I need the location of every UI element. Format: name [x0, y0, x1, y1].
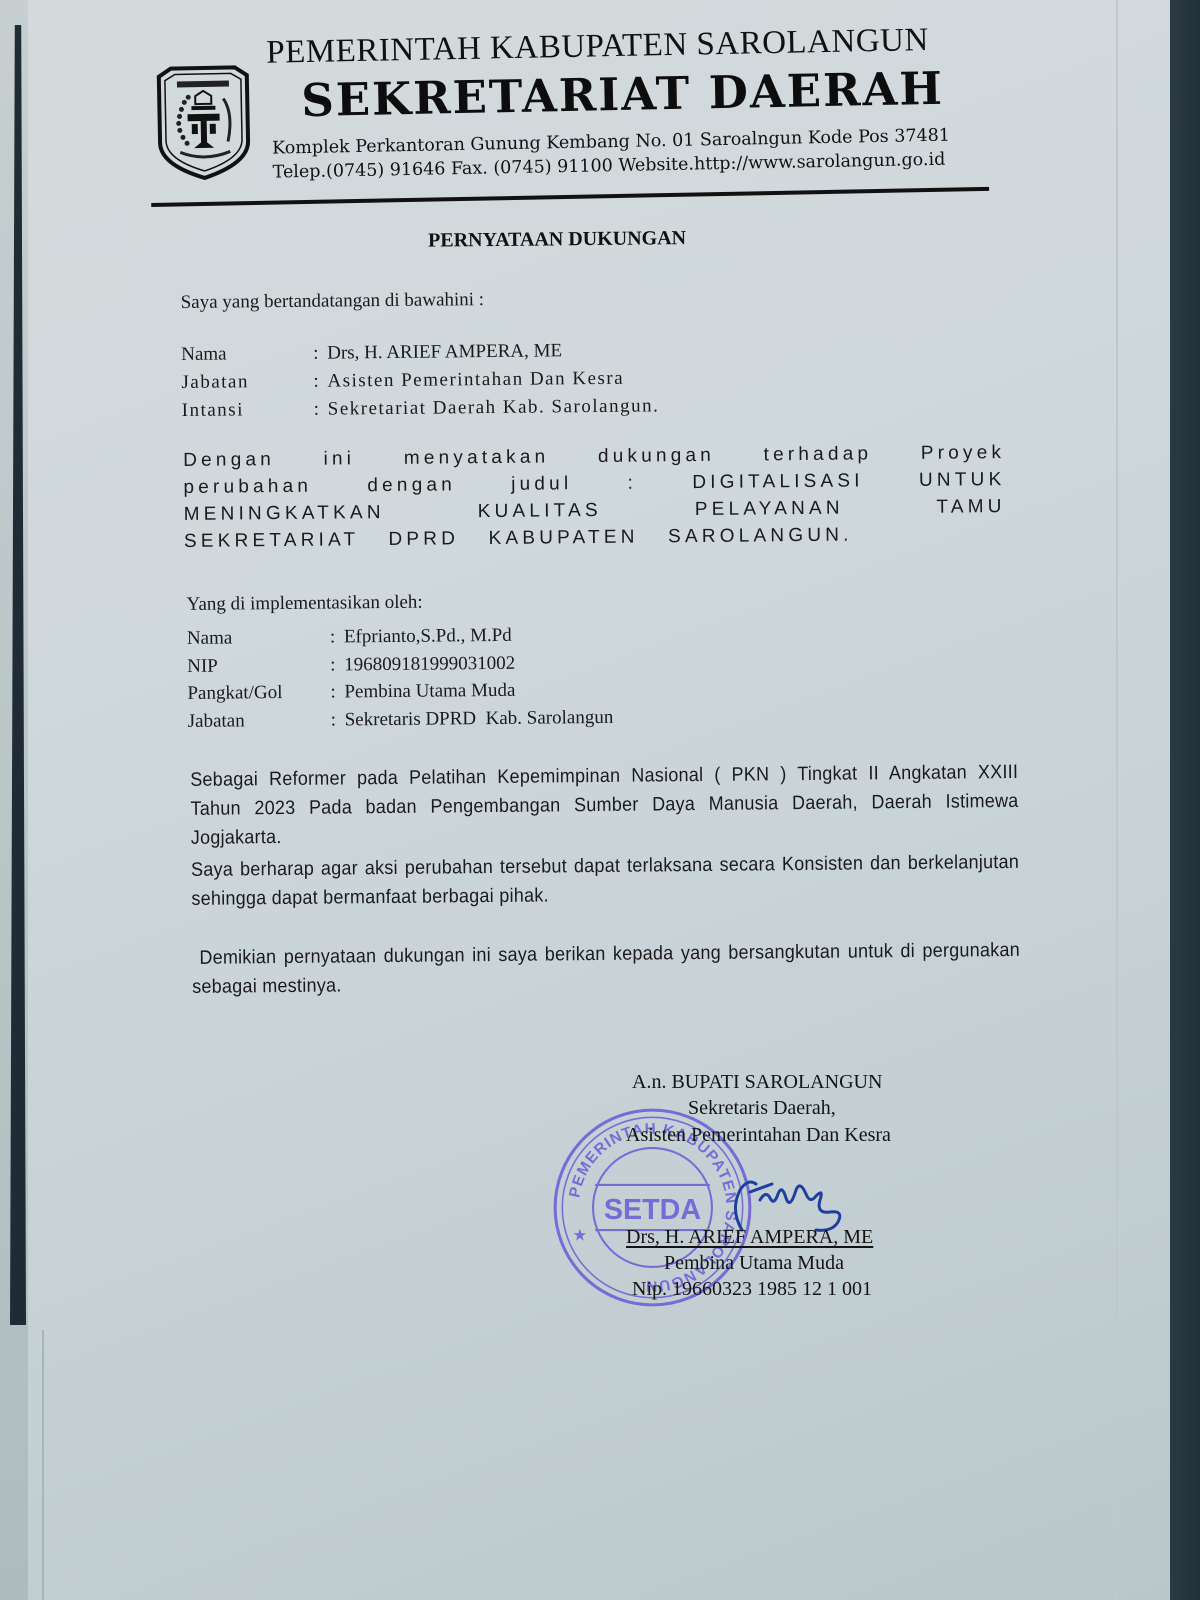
signatory-position-2: Asisten Pemerintahan Dan Kesra [626, 1124, 891, 1147]
field-label: Jabatan [181, 371, 249, 394]
field-value: Sekretariat Daerah Kab. Sarolangun. [328, 395, 660, 420]
signature-block: PEMERINTAH KABUPATEN SAROLANGUN SETDA ★ … [560, 1065, 980, 1325]
field-separator: : [331, 709, 336, 731]
svg-text:★: ★ [573, 1225, 588, 1244]
intro-text: Saya yang bertandatangan di bawahini : [181, 289, 485, 314]
signatory-position-1: Sekretaris Daerah, [688, 1097, 836, 1120]
field-separator: : [330, 682, 335, 704]
field-label: NIP [187, 655, 218, 677]
field-separator: : [330, 627, 335, 649]
field-separator: : [313, 343, 318, 365]
field-value: 196809181999031002 [344, 652, 515, 676]
paragraph-reformer: Sebagai Reformer pada Pelatihan Kepemimp… [190, 758, 1019, 853]
field-label: Pangkat/Gol [187, 682, 282, 705]
on-behalf-label: A.n. BUPATI SAROLANGUN [632, 1071, 882, 1094]
field-label: Nama [187, 627, 233, 649]
document-title: PERNYATAAN DUKUNGAN [428, 227, 686, 252]
field-label: Nama [181, 344, 227, 366]
letterhead: PEMERINTAH KABUPATEN SAROLANGUN SEKRETAR… [148, 19, 991, 215]
signatory-nip: Nip. 19660323 1985 12 1 001 [632, 1278, 872, 1301]
field-value: Sekretaris DPRD Kab. Sarolangun [345, 706, 614, 731]
field-value: Pembina Utama Muda [344, 680, 515, 704]
office-name: SEKRETARIAT DAERAH [301, 62, 945, 127]
page-edge-right [1116, 0, 1118, 1600]
support-statement: Dengan ini menyatakan dukungan terhadap … [183, 439, 1006, 555]
implementer-intro: Yang di implementasikan oleh: [186, 592, 422, 616]
paragraph-closing: Demikian pernyataan dukungan ini saya be… [192, 936, 1021, 1002]
field-separator: : [330, 654, 335, 676]
implementer-details: Nama : Efprianto,S.Pd., M.Pd NIP : 19680… [187, 628, 188, 738]
signatory-name: Drs, H. ARIEF AMPERA, ME [626, 1226, 873, 1249]
signatory-rank: Pembina Utama Muda [664, 1252, 844, 1275]
field-separator: : [313, 371, 320, 393]
field-label: Jabatan [188, 710, 245, 733]
field-separator: : [314, 399, 321, 421]
field-label: Intansi [182, 399, 244, 422]
paragraph-hope: Saya berharap agar aksi perubahan terseb… [191, 848, 1020, 914]
page-edge [42, 1330, 44, 1600]
regency-coat-of-arms-icon [151, 63, 257, 183]
signatory-details: Nama : Drs, H. ARIEF AMPERA, ME Jabatan … [181, 344, 182, 428]
field-value: Asisten Pemerintahan Dan Kesra [327, 368, 624, 393]
field-value: Drs, H. ARIEF AMPERA, ME [327, 340, 562, 364]
binder-strip-right [1170, 0, 1200, 1600]
stamp-center-text: SETDA [604, 1194, 701, 1226]
field-value: Efprianto,S.Pd., M.Pd [344, 625, 512, 649]
